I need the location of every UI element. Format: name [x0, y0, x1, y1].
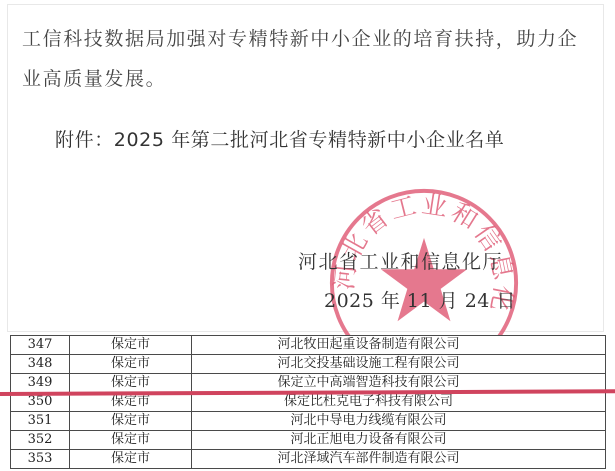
table-row: 352 保定市 河北正旭电力设备有限公司 — [11, 431, 606, 450]
row-number: 347 — [11, 336, 70, 355]
attachment-title: 附件：2025 年第二批河北省专精特新中小企业名单 — [55, 125, 504, 152]
issuing-organization: 河北省工业和信息化厅 — [298, 247, 503, 274]
row-number: 349 — [11, 374, 70, 393]
row-company: 河北交投基础设施工程有限公司 — [192, 355, 606, 374]
body-paragraph: 工信科技数据局加强对专精特新中小企业的培育扶持，助力企业高质量发展。 — [22, 19, 582, 99]
document-excerpt: 工信科技数据局加强对专精特新中小企业的培育扶持，助力企业高质量发展。 附件：20… — [7, 4, 604, 332]
row-company: 河北中导电力线缆有限公司 — [192, 412, 606, 431]
row-city: 保定市 — [70, 355, 192, 374]
row-company: 河北正旭电力设备有限公司 — [192, 431, 606, 450]
row-city: 保定市 — [70, 412, 192, 431]
row-city: 保定市 — [70, 450, 192, 469]
row-city: 保定市 — [70, 374, 192, 393]
row-city: 保定市 — [70, 336, 192, 355]
row-company: 河北泽域汽车部件制造有限公司 — [192, 450, 606, 469]
issue-date: 2025 年 11 月 24 日 — [324, 286, 516, 313]
row-number: 353 — [11, 450, 70, 469]
table-row: 348 保定市 河北交投基础设施工程有限公司 — [11, 355, 606, 374]
row-company: 保定比杜克电子科技有限公司 — [192, 393, 606, 412]
table-row: 351 保定市 河北中导电力线缆有限公司 — [11, 412, 606, 431]
row-company: 河北牧田起重设备制造有限公司 — [192, 336, 606, 355]
table-row: 353 保定市 河北泽域汽车部件制造有限公司 — [11, 450, 606, 469]
row-city: 保定市 — [70, 431, 192, 450]
row-number: 352 — [11, 431, 70, 450]
company-list-table: 347 保定市 河北牧田起重设备制造有限公司 348 保定市 河北交投基础设施工… — [10, 335, 606, 469]
row-number: 351 — [11, 412, 70, 431]
row-number: 348 — [11, 355, 70, 374]
table-row: 347 保定市 河北牧田起重设备制造有限公司 — [11, 336, 606, 355]
